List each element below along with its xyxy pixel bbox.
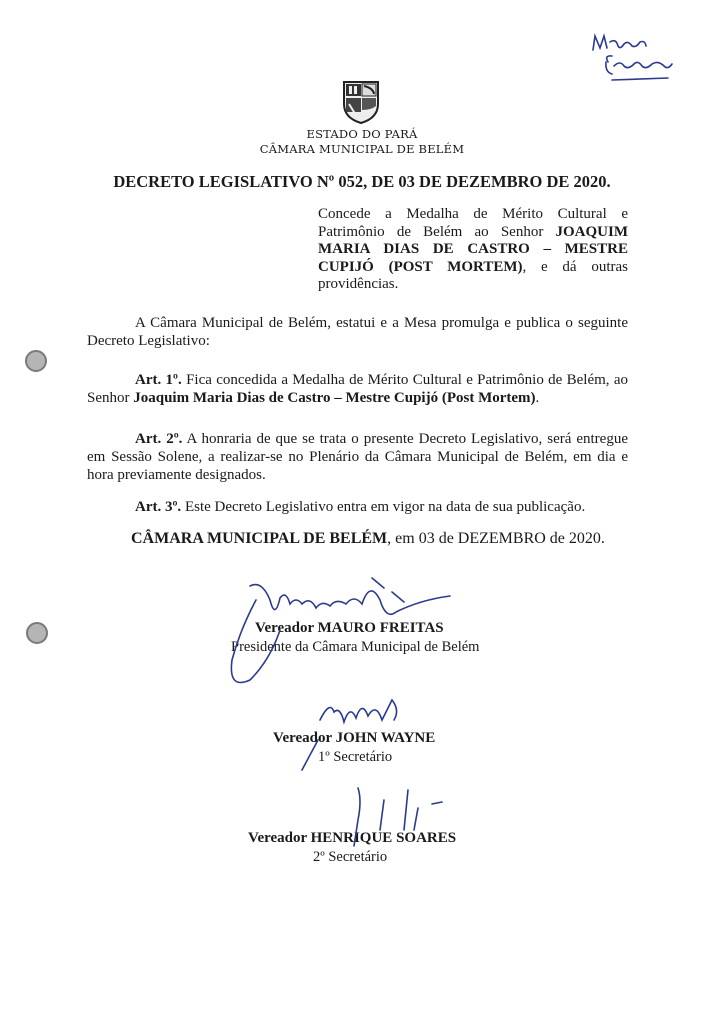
decree-summary: Concede a Medalha de Mérito Cultural e P… (318, 206, 628, 294)
signatory-name: Vereador JOHN WAYNE (273, 730, 435, 747)
decree-title: DECRETO LEGISLATIVO Nº 052, DE 03 DE DEZ… (0, 172, 724, 192)
punch-hole (25, 350, 47, 372)
signatory-name: Vereador MAURO FREITAS (255, 620, 444, 637)
article-text: Este Decreto Legislativo entra em vigor … (181, 499, 585, 515)
article-1: Art. 1º. Fica concedida a Medalha de Mér… (87, 371, 628, 407)
article-3: Art. 3º. Este Decreto Legislativo entra … (87, 498, 628, 516)
date: , em 03 de DEZEMBRO de 2020. (387, 530, 605, 547)
article-label: Art. 2º. (135, 431, 182, 447)
preamble: A Câmara Municipal de Belém, estatui e a… (87, 314, 628, 350)
article-2: Art. 2º. A honraria de que se trata o pr… (87, 430, 628, 484)
signatory-name: Vereador HENRIQUE SOARES (248, 830, 456, 847)
place: CÂMARA MUNICIPAL DE BELÉM (131, 530, 387, 547)
signatory-role: 2º Secretário (313, 849, 387, 866)
coat-of-arms-icon (341, 80, 381, 124)
article-label: Art. 3º. (135, 499, 181, 515)
punch-hole (26, 622, 48, 644)
signatory-role: 1º Secretário (318, 749, 392, 766)
chamber-name: CÂMARA MUNICIPAL DE BELÉM (0, 142, 724, 156)
state-name: ESTADO DO PARÁ (0, 127, 724, 141)
place-date: CÂMARA MUNICIPAL DE BELÉM, em 03 de DEZE… (131, 530, 605, 548)
article-honoree: Joaquim Maria Dias de Castro – Mestre Cu… (133, 390, 535, 406)
article-label: Art. 1º. (135, 372, 182, 388)
signatory-role: Presidente da Câmara Municipal de Belém (231, 639, 479, 656)
article-text-end: . (536, 390, 540, 406)
